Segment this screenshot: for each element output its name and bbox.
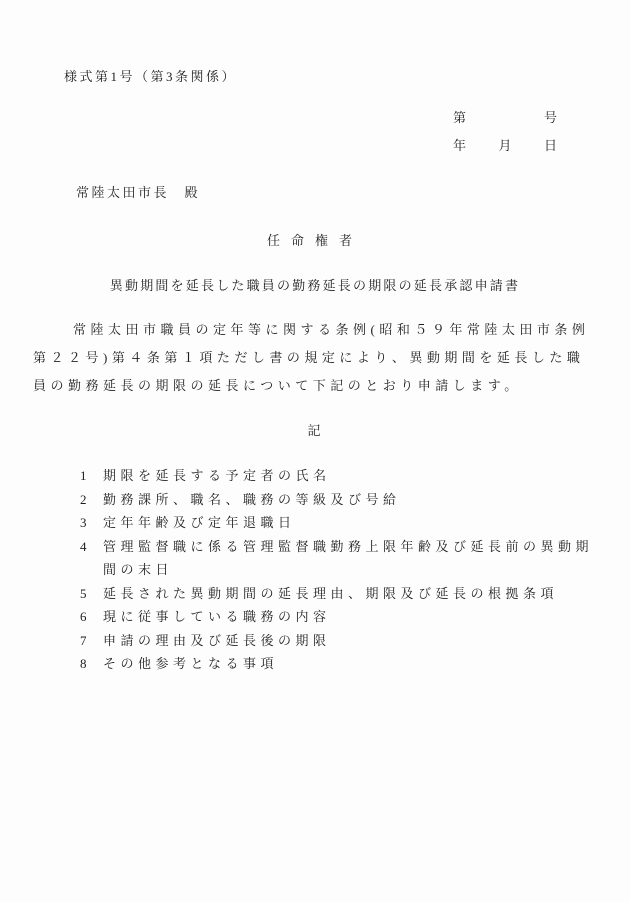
body-line-1: 常陸太田市職員の定年等に関する条例(昭和５９年常陸太田市条例 (33, 316, 603, 344)
list-item-3: 3 定年年齢及び定年退職日 (80, 511, 593, 535)
item-text: 現に従事している職務の内容 (103, 605, 331, 629)
item-text-line: 勤務課所、職名、職務の等級及び号給 (103, 492, 401, 507)
item-text: 管理監督職に係る管理監督職勤務上限年齢及び延長前の異動期 間の末日 (103, 535, 593, 582)
item-number: 6 (80, 605, 103, 629)
item-text-line: 延長された異動期間の延長理由、期限及び延長の根拠条項 (103, 586, 558, 601)
item-number: 3 (80, 511, 103, 535)
item-text-line: 定年年齢及び定年退職日 (103, 515, 296, 530)
date-day-label: 日 (544, 135, 557, 154)
document-page: 様式第1号（第3条関係） 第 号 年 月 日 常陸太田市長 殿 任命権者 異動期… (0, 0, 630, 903)
item-text-line: その他参考となる事項 (103, 656, 278, 671)
list-item-7: 7 申請の理由及び延長後の期限 (80, 629, 593, 653)
item-number: 7 (80, 629, 103, 653)
item-number: 4 (80, 535, 103, 559)
item-text: 勤務課所、職名、職務の等級及び号給 (103, 488, 401, 512)
body-line-2: 第２２号)第４条第１項ただし書の規定により、異動期間を延長した職 (33, 344, 603, 372)
body-line-3: 員の勤務延長の期限の延長について下記のとおり申請します。 (33, 372, 603, 400)
form-number-label: 様式第1号（第3条関係） (64, 66, 237, 85)
doc-number-prefix: 第 (453, 107, 466, 126)
item-text: その他参考となる事項 (103, 652, 278, 676)
item-text-line: 現に従事している職務の内容 (103, 609, 331, 624)
item-number: 5 (80, 582, 103, 606)
addressee-line: 常陸太田市長 殿 (76, 182, 200, 201)
doc-date-line: 年 月 日 (453, 135, 557, 154)
doc-number-suffix: 号 (544, 107, 557, 126)
item-text-line: 管理監督職に係る管理監督職勤務上限年齢及び延長前の異動期 (103, 535, 593, 559)
document-title: 異動期間を延長した職員の勤務延長の期限の延長承認申請書 (0, 275, 630, 294)
item-list: 1 期限を延長する予定者の氏名 2 勤務課所、職名、職務の等級及び号給 3 定年… (80, 464, 593, 676)
date-month-label: 月 (498, 135, 511, 154)
list-item-5: 5 延長された異動期間の延長理由、期限及び延長の根拠条項 (80, 582, 593, 606)
item-number: 2 (80, 488, 103, 512)
date-year-label: 年 (453, 135, 466, 154)
appointer-label: 任命権者 (0, 230, 630, 249)
item-number: 1 (80, 464, 103, 488)
list-item-1: 1 期限を延長する予定者の氏名 (80, 464, 593, 488)
item-text-line: 間の末日 (103, 558, 593, 582)
ki-heading: 記 (0, 420, 630, 439)
item-text: 申請の理由及び延長後の期限 (103, 629, 331, 653)
item-text-line: 申請の理由及び延長後の期限 (103, 633, 331, 648)
item-text-line: 期限を延長する予定者の氏名 (103, 468, 331, 483)
item-number: 8 (80, 652, 103, 676)
list-item-2: 2 勤務課所、職名、職務の等級及び号給 (80, 488, 593, 512)
list-item-4: 4 管理監督職に係る管理監督職勤務上限年齢及び延長前の異動期 間の末日 (80, 535, 593, 582)
list-item-6: 6 現に従事している職務の内容 (80, 605, 593, 629)
item-text: 延長された異動期間の延長理由、期限及び延長の根拠条項 (103, 582, 558, 606)
body-paragraph: 常陸太田市職員の定年等に関する条例(昭和５９年常陸太田市条例 第２２号)第４条第… (33, 316, 603, 400)
item-text: 定年年齢及び定年退職日 (103, 511, 296, 535)
list-item-8: 8 その他参考となる事項 (80, 652, 593, 676)
doc-number-line: 第 号 (453, 107, 557, 126)
item-text: 期限を延長する予定者の氏名 (103, 464, 331, 488)
